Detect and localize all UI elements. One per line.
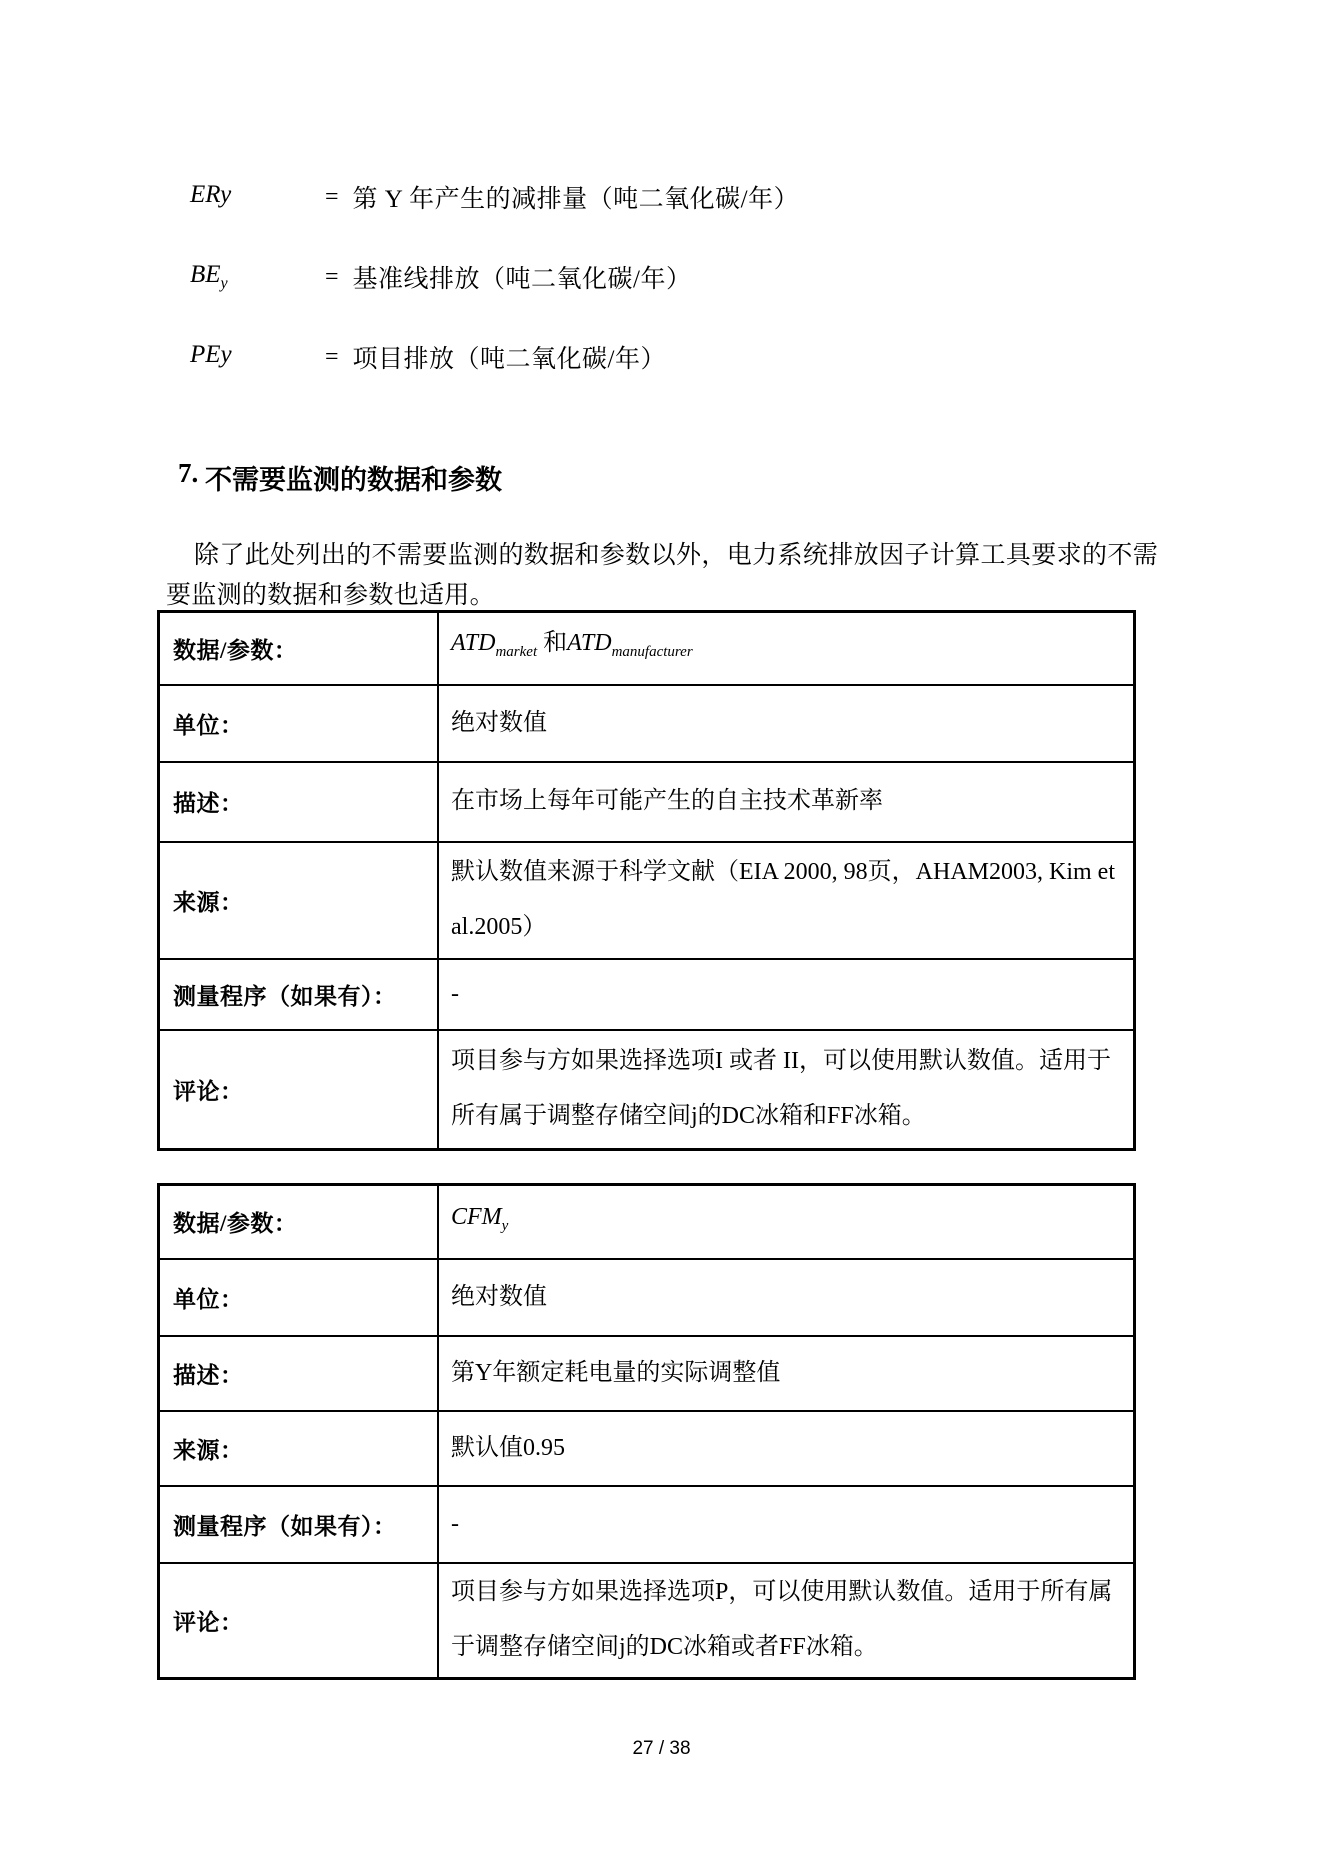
row-value: 第Y年额定耗电量的实际调整值	[438, 1336, 1135, 1411]
row-value: CFMy	[438, 1185, 1135, 1259]
table-row: 数据/参数： ATDmarket 和ATDmanufacturer	[159, 612, 1135, 685]
section-number: 7.	[178, 458, 205, 497]
definition-text: 第 Y 年产生的减排量（吨二氧化碳/年）	[353, 179, 800, 215]
row-value: 默认值0.95	[438, 1411, 1135, 1486]
row-value: 项目参与方如果选择选项I 或者 II，可以使用默认数值。适用于所有属于调整存储空…	[438, 1030, 1135, 1150]
parameter-table-cfm: 数据/参数： CFMy 单位： 绝对数值 描述： 第Y年额定耗电量的实际调整值 …	[157, 1183, 1136, 1680]
definition-row: PEy = 项目排放（吨二氧化碳/年）	[190, 317, 1203, 397]
table-row: 单位： 绝对数值	[159, 1259, 1135, 1336]
row-label: 描述：	[159, 762, 439, 842]
row-value: 绝对数值	[438, 685, 1135, 762]
variable-definitions: ERy = 第 Y 年产生的减排量（吨二氧化碳/年） BEy = 基准线排放（吨…	[190, 157, 1203, 397]
definition-row: BEy = 基准线排放（吨二氧化碳/年）	[190, 237, 1203, 317]
table-row: 测量程序（如果有）： -	[159, 1486, 1135, 1563]
row-value: 默认数值来源于科学文献（EIA 2000, 98页，AHAM2003, Kim …	[438, 842, 1135, 959]
table-row: 数据/参数： CFMy	[159, 1185, 1135, 1259]
row-value: -	[438, 959, 1135, 1030]
row-value: -	[438, 1486, 1135, 1563]
page-number: 27 / 38	[0, 1738, 1323, 1760]
equals-sign: =	[325, 264, 339, 291]
row-label: 数据/参数：	[159, 612, 439, 685]
document-page: ERy = 第 Y 年产生的减排量（吨二氧化碳/年） BEy = 基准线排放（吨…	[0, 0, 1323, 1871]
row-label: 数据/参数：	[159, 1185, 439, 1259]
intro-paragraph: 除了此处列出的不需要监测的数据和参数以外，电力系统排放因子计算工具要求的不需要监…	[166, 536, 1158, 616]
row-label: 单位：	[159, 685, 439, 762]
definition-text: 项目排放（吨二氧化碳/年）	[353, 339, 666, 375]
table-row: 测量程序（如果有）： -	[159, 959, 1135, 1030]
row-value: 项目参与方如果选择选项P，可以使用默认数值。适用于所有属于调整存储空间j的DC冰…	[438, 1563, 1135, 1679]
equals-sign: =	[325, 344, 339, 371]
row-label: 来源：	[159, 1411, 439, 1486]
row-value: ATDmarket 和ATDmanufacturer	[438, 612, 1135, 685]
table-row: 评论： 项目参与方如果选择选项P，可以使用默认数值。适用于所有属于调整存储空间j…	[159, 1563, 1135, 1679]
table-row: 描述： 第Y年额定耗电量的实际调整值	[159, 1336, 1135, 1411]
row-value: 绝对数值	[438, 1259, 1135, 1336]
row-label: 来源：	[159, 842, 439, 959]
row-value: 在市场上每年可能产生的自主技术革新率	[438, 762, 1135, 842]
row-label: 测量程序（如果有）：	[159, 1486, 439, 1563]
variable-symbol: ERy	[190, 181, 325, 213]
parameter-formula: ATDmarket 和ATDmanufacturer	[451, 630, 693, 656]
section-title: 不需要监测的数据和参数	[205, 458, 502, 497]
row-label: 单位：	[159, 1259, 439, 1336]
variable-symbol: PEy	[190, 341, 325, 373]
table-row: 评论： 项目参与方如果选择选项I 或者 II，可以使用默认数值。适用于所有属于调…	[159, 1030, 1135, 1150]
row-label: 评论：	[159, 1030, 439, 1150]
table-row: 来源： 默认值0.95	[159, 1411, 1135, 1486]
definition-text: 基准线排放（吨二氧化碳/年）	[353, 259, 692, 295]
section-heading: 7. 不需要监测的数据和参数	[178, 458, 502, 497]
table-row: 描述： 在市场上每年可能产生的自主技术革新率	[159, 762, 1135, 842]
row-label: 评论：	[159, 1563, 439, 1679]
parameter-table-atd: 数据/参数： ATDmarket 和ATDmanufacturer 单位： 绝对…	[157, 610, 1136, 1151]
row-label: 描述：	[159, 1336, 439, 1411]
row-label: 测量程序（如果有）：	[159, 959, 439, 1030]
table-row: 单位： 绝对数值	[159, 685, 1135, 762]
parameter-formula: CFMy	[451, 1204, 508, 1230]
table-row: 来源： 默认数值来源于科学文献（EIA 2000, 98页，AHAM2003, …	[159, 842, 1135, 959]
definition-row: ERy = 第 Y 年产生的减排量（吨二氧化碳/年）	[190, 157, 1203, 237]
variable-symbol: BEy	[190, 261, 325, 293]
equals-sign: =	[325, 184, 339, 211]
